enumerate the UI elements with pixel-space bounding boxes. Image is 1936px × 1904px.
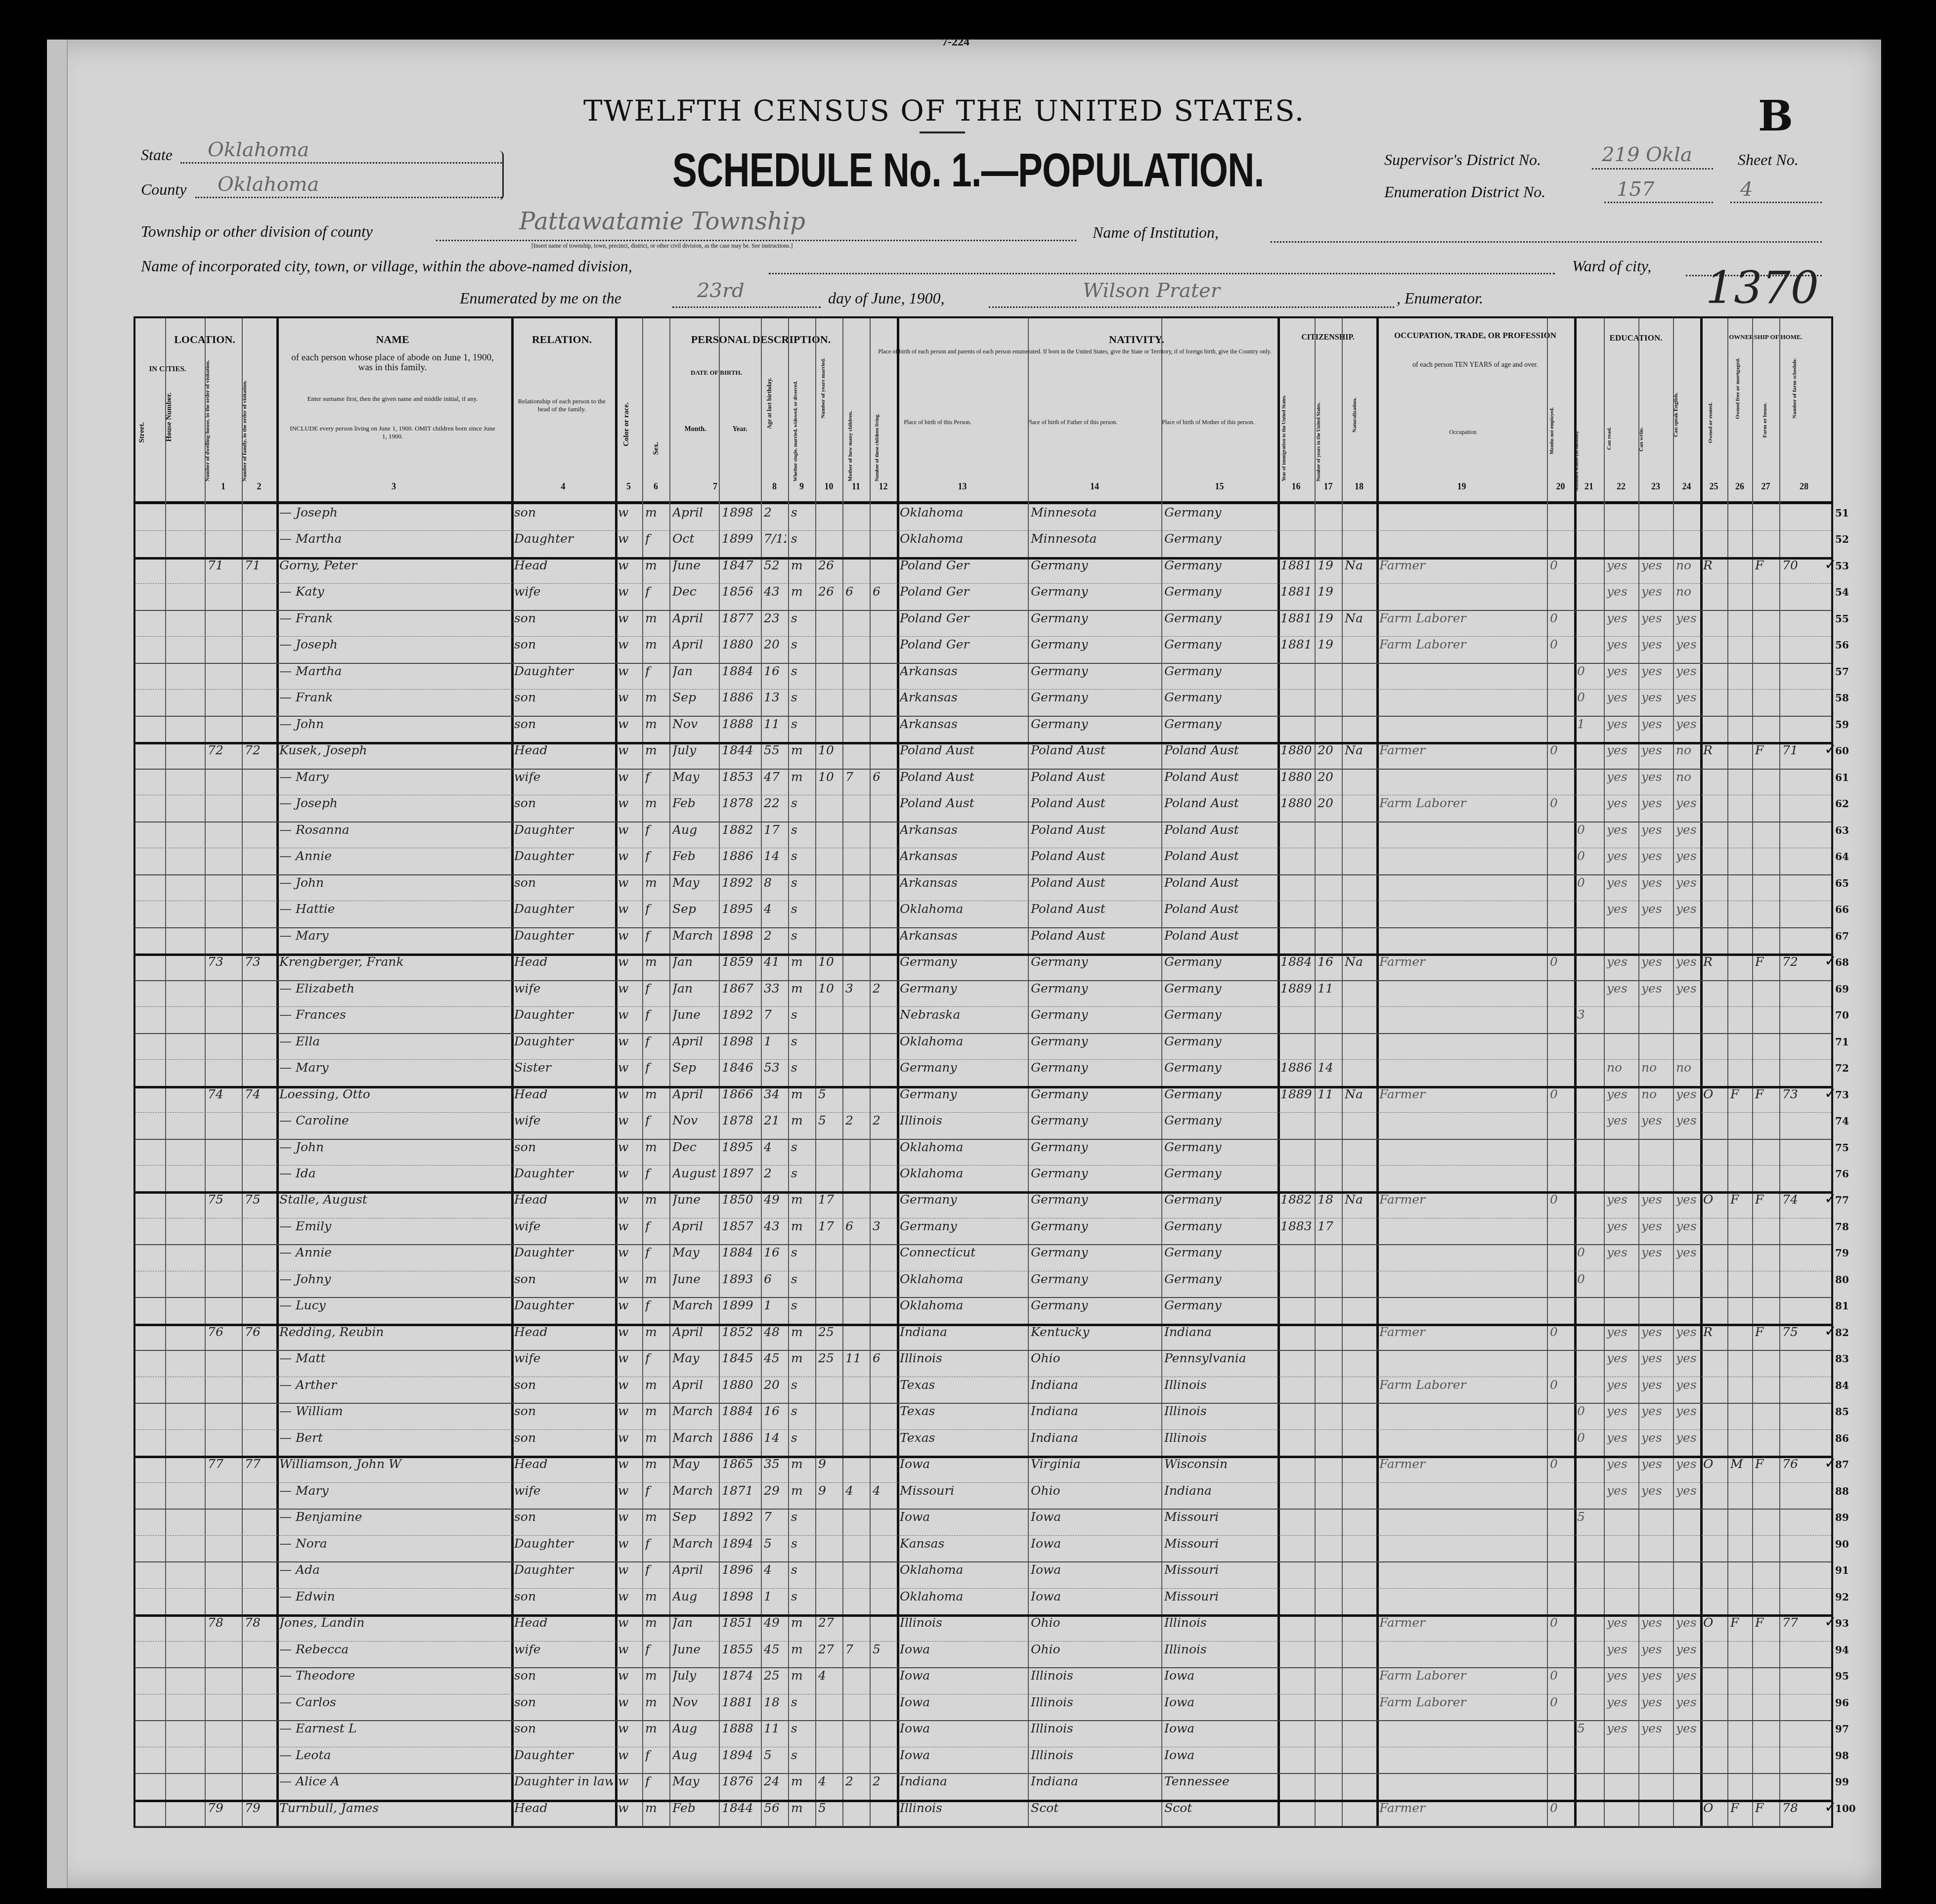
cell-age: 14 <box>764 849 786 863</box>
cell-read: yes <box>1607 875 1636 890</box>
vh-farm-schedule: Number of farm schedule. <box>1792 358 1798 419</box>
cell-read: yes <box>1607 1378 1636 1392</box>
table-row: 7272Kusek, JosephHeadwmJuly184455m10Pola… <box>135 742 1831 769</box>
cell-pob: Oklahoma <box>900 1272 1026 1286</box>
cell-month: June <box>672 558 717 572</box>
cell-color: w <box>618 1272 640 1286</box>
cell-yrs: 16 <box>1318 954 1340 969</box>
column-number: 21 <box>1574 481 1604 492</box>
supervisor-line <box>1592 168 1713 170</box>
cell-rel: Daughter <box>514 1562 613 1577</box>
line-number: 70 <box>1835 1009 1849 1021</box>
cell-sex: f <box>645 1483 667 1498</box>
cell-mar: m <box>791 1668 813 1683</box>
cell-nat: Na <box>1345 558 1374 572</box>
checkmark-icon: ✓ <box>1824 1085 1837 1102</box>
cell-mort: F <box>1730 1192 1750 1207</box>
cell-month: Aug <box>672 1721 717 1735</box>
cell-pobm: Germany <box>1164 1166 1276 1180</box>
line-number: 96 <box>1835 1697 1849 1709</box>
cell-rel: wife <box>514 1219 613 1233</box>
cell-pobm: Poland Aust <box>1164 743 1276 757</box>
relation-desc: Relationship of each person to the head … <box>516 397 608 413</box>
cell-farm: F <box>1755 1087 1777 1101</box>
cell-write: yes <box>1641 637 1671 651</box>
cell-name: — Mary <box>279 1483 509 1498</box>
cell-sex: m <box>645 611 667 625</box>
cell-age: 45 <box>764 1642 786 1656</box>
cell-sex: m <box>645 1721 667 1735</box>
census-title: TWELFTH CENSUS OF THE UNITED STATES. <box>583 94 1305 128</box>
line-number: 57 <box>1835 666 1849 678</box>
cell-pobm: Iowa <box>1164 1748 1276 1762</box>
cell-fs: 72 <box>1782 954 1827 969</box>
cell-write: yes <box>1641 1695 1671 1709</box>
cell-pobf: Germany <box>1031 1166 1159 1180</box>
cell-pob: Arkansas <box>900 690 1026 704</box>
cell-read: yes <box>1607 558 1636 572</box>
cell-eng: no <box>1676 743 1698 757</box>
cell-read: yes <box>1607 690 1636 704</box>
cell-name: — Joseph <box>279 796 509 810</box>
cell-occ: Farm Laborer <box>1379 1668 1545 1683</box>
table-row: — JohnsonwmMay18928sArkansasPoland AustP… <box>135 874 1831 901</box>
cell-sex: f <box>645 664 667 678</box>
table-row: — IdaDaughterwfAugust18972sOklahomaGerma… <box>135 1165 1831 1194</box>
table-row: — ElizabethwifewfJan186733m1032GermanyGe… <box>135 980 1831 1007</box>
cell-pobf: Minnesota <box>1031 531 1159 546</box>
line-number: 78 <box>1835 1221 1849 1233</box>
cell-name: — Frank <box>279 611 509 625</box>
cell-rel: son <box>514 796 613 810</box>
cell-age: 5 <box>764 1536 786 1551</box>
cell-year: 1894 <box>722 1748 759 1762</box>
nativity-desc: Place of birth of each person and parent… <box>872 348 1277 355</box>
cell-rel: Daughter <box>514 928 613 943</box>
cell-pobm: Illinois <box>1164 1378 1276 1392</box>
cell-write: yes <box>1641 584 1671 599</box>
cell-ym: 9 <box>818 1483 840 1498</box>
cell-ym: 5 <box>818 1801 840 1815</box>
table-row: — MarywifewfMarch187129m944MissouriOhioI… <box>135 1482 1831 1510</box>
column-number: 22 <box>1604 481 1638 492</box>
cell-own: R <box>1703 954 1725 969</box>
cell-color: w <box>618 1166 640 1180</box>
cell-imm: 1889 <box>1280 1087 1313 1101</box>
cell-fs: 76 <box>1782 1457 1827 1471</box>
cell-mo: 11 <box>845 1351 868 1365</box>
cell-write: no <box>1641 1087 1671 1101</box>
cell-pob: Arkansas <box>900 849 1026 863</box>
sheet-label: Sheet No. <box>1738 151 1799 169</box>
cell-sex: m <box>645 717 667 731</box>
group-name: NAME <box>276 333 509 346</box>
state-value: Oklahoma <box>208 138 309 161</box>
cell-age: 33 <box>764 981 786 995</box>
cell-pob: Arkansas <box>900 875 1026 890</box>
cell-year: 1880 <box>722 637 759 651</box>
cell-read: yes <box>1607 1457 1636 1471</box>
cell-rel: son <box>514 611 613 625</box>
cell-year: 1850 <box>722 1192 759 1207</box>
cell-pobf: Iowa <box>1031 1589 1159 1603</box>
cell-color: w <box>618 1774 640 1788</box>
cell-age: 16 <box>764 1245 786 1259</box>
cell-month: Dec <box>672 584 717 599</box>
cell-sch: 3 <box>1577 1007 1602 1022</box>
cell-age: 53 <box>764 1060 786 1075</box>
cell-age: 14 <box>764 1430 786 1445</box>
cell-name: — Frank <box>279 690 509 704</box>
cell-pobf: Illinois <box>1031 1668 1159 1683</box>
cell-name: — Joseph <box>279 505 509 519</box>
cell-read: yes <box>1607 954 1636 969</box>
cell-mo: 4 <box>845 1483 868 1498</box>
cell-pobf: Poland Aust <box>1031 743 1159 757</box>
state-line <box>180 162 502 164</box>
vh-naturalization: Naturalization. <box>1352 397 1358 433</box>
cell-year: 1892 <box>722 1007 759 1022</box>
vh-read: Can read. <box>1606 427 1612 450</box>
cell-sex: m <box>645 558 667 572</box>
cell-pob: Oklahoma <box>900 1589 1026 1603</box>
cell-imm: 1881 <box>1280 584 1313 599</box>
cell-age: 20 <box>764 1378 786 1392</box>
cell-mar: s <box>791 1510 813 1524</box>
cell-color: w <box>618 1642 640 1656</box>
cell-name: — Hattie <box>279 902 509 916</box>
cell-sex: m <box>645 1510 667 1524</box>
cell-color: w <box>618 875 640 890</box>
cell-unemp: 0 <box>1550 743 1572 757</box>
cell-month: March <box>672 1430 717 1445</box>
cell-eng: yes <box>1676 1404 1698 1418</box>
cell-rel: son <box>514 637 613 651</box>
cell-year: 1876 <box>722 1774 759 1788</box>
cell-eng: yes <box>1676 1695 1698 1709</box>
cell-pobf: Germany <box>1031 1113 1159 1127</box>
cell-sch: 0 <box>1577 1272 1602 1286</box>
line-number: 66 <box>1835 904 1849 915</box>
cell-year: 1855 <box>722 1642 759 1656</box>
cell-month: Nov <box>672 717 717 731</box>
cell-color: w <box>618 1219 640 1233</box>
table-row: — BertsonwmMarch188614sTexasIndianaIllin… <box>135 1429 1831 1458</box>
cell-sex: f <box>645 1642 667 1656</box>
cell-read: yes <box>1607 637 1636 651</box>
line-number: 61 <box>1835 772 1849 783</box>
form-stamp: 7-224 <box>942 36 969 49</box>
cell-eng: yes <box>1676 1378 1698 1392</box>
cell-farm: F <box>1755 954 1777 969</box>
cell-pobf: Poland Aust <box>1031 770 1159 784</box>
cell-read: yes <box>1607 1615 1636 1630</box>
cell-pob: Illinois <box>900 1351 1026 1365</box>
cell-pobf: Germany <box>1031 1298 1159 1312</box>
table-row: — MarthaDaughterwfJan188416sArkansasGerm… <box>135 663 1831 690</box>
table-row: — ArthersonwmApril188020sTexasIndianaIll… <box>135 1377 1831 1404</box>
cell-age: 55 <box>764 743 786 757</box>
cell-pobf: Germany <box>1031 717 1159 731</box>
cell-sch: 0 <box>1577 1430 1602 1445</box>
cell-fam: 76 <box>245 1325 274 1339</box>
cell-name: — Mary <box>279 1060 509 1075</box>
cell-eng: yes <box>1676 902 1698 916</box>
cell-name: — Rosanna <box>279 822 509 837</box>
cell-imm: 1880 <box>1280 770 1313 784</box>
cell-age: 4 <box>764 1562 786 1577</box>
cell-read: yes <box>1607 1325 1636 1339</box>
vh-immigration: Year of immigration to the United States… <box>1281 358 1287 481</box>
cell-pobf: Germany <box>1031 664 1159 678</box>
table-row: — LeotaDaughterwfAug18945sIowaIllinoisIo… <box>135 1747 1831 1774</box>
township-value: Pattawatamie Township <box>519 208 805 235</box>
cell-sex: f <box>645 1219 667 1233</box>
vh-age: Age at last birthday. <box>766 378 773 429</box>
cell-yrs: 19 <box>1318 558 1340 572</box>
cell-fam: 78 <box>245 1615 274 1630</box>
vh-years-married: Number of years married. <box>820 358 826 419</box>
cell-sex: f <box>645 1748 667 1762</box>
cell-month: April <box>672 1034 717 1048</box>
cell-mar: s <box>791 1166 813 1180</box>
cell-mar: s <box>791 505 813 519</box>
cell-year: 1847 <box>722 558 759 572</box>
cell-month: April <box>672 637 717 651</box>
cell-color: w <box>618 1589 640 1603</box>
cell-rel: Daughter <box>514 1536 613 1551</box>
cell-name: — Johny <box>279 1272 509 1286</box>
cell-year: 1898 <box>722 928 759 943</box>
vh-mortgage: Owned free or mortgaged. <box>1735 358 1741 419</box>
cell-year: 1880 <box>722 1378 759 1392</box>
cell-fam: 75 <box>245 1192 274 1207</box>
cell-mar: m <box>791 1457 813 1471</box>
column-number: 15 <box>1161 481 1277 492</box>
cell-sex: m <box>645 1430 667 1445</box>
cell-sch: 0 <box>1577 875 1602 890</box>
cell-rel: Daughter <box>514 531 613 546</box>
cell-mar: m <box>791 981 813 995</box>
cell-rel: son <box>514 1695 613 1709</box>
cell-pob: Poland Ger <box>900 558 1026 572</box>
cell-pobf: Indiana <box>1031 1774 1159 1788</box>
cell-age: 21 <box>764 1113 786 1127</box>
line-number: 85 <box>1835 1406 1849 1418</box>
cell-imm: 1880 <box>1280 743 1313 757</box>
cell-unemp: 0 <box>1550 611 1572 625</box>
table-row: — KatywifewfDec185643m2666Poland GerGerm… <box>135 583 1831 610</box>
cell-sch: 5 <box>1577 1510 1602 1524</box>
cell-year: 1895 <box>722 1140 759 1154</box>
cell-rel: Head <box>514 558 613 572</box>
cell-imm: 1881 <box>1280 611 1313 625</box>
cell-eng: yes <box>1676 717 1698 731</box>
cell-color: w <box>618 1457 640 1471</box>
cell-mar: s <box>791 1721 813 1735</box>
cell-name: Jones, Landin <box>279 1615 509 1630</box>
supervisor-value: 219 Okla <box>1602 143 1692 166</box>
column-number: 1 <box>205 481 242 492</box>
enumerated-day-line <box>672 306 821 308</box>
cell-pob: Illinois <box>900 1113 1026 1127</box>
cell-year: 1884 <box>722 664 759 678</box>
cell-pob: Oklahoma <box>900 1140 1026 1154</box>
cell-sch: 0 <box>1577 822 1602 837</box>
cell-color: w <box>618 1430 640 1445</box>
cell-write: yes <box>1641 954 1671 969</box>
cell-year: 1899 <box>722 1298 759 1312</box>
cell-pobm: Missouri <box>1164 1562 1276 1577</box>
cell-write: yes <box>1641 1457 1671 1471</box>
cell-age: 48 <box>764 1325 786 1339</box>
cell-fam: 73 <box>245 954 274 969</box>
cell-mo: 7 <box>845 770 868 784</box>
enum-district-value: 157 <box>1617 178 1654 201</box>
cell-own: O <box>1703 1801 1725 1815</box>
enumerated-day: 23rd <box>697 279 745 302</box>
column-number: 9 <box>788 481 815 492</box>
cell-pobm: Indiana <box>1164 1325 1276 1339</box>
cell-ym: 9 <box>818 1457 840 1471</box>
cell-pobm: Germany <box>1164 1060 1276 1075</box>
cell-pob: Texas <box>900 1378 1026 1392</box>
table-row: 7575Stalle, AugustHeadwmJune185049m17Ger… <box>135 1191 1831 1218</box>
table-row: — FranksonwmApril187723sPoland GerGerman… <box>135 610 1831 637</box>
cell-own: O <box>1703 1457 1725 1471</box>
cell-name: — Ida <box>279 1166 509 1180</box>
cell-unemp: 0 <box>1550 1192 1572 1207</box>
cell-name: Gorny, Peter <box>279 558 509 572</box>
cell-rel: Daughter <box>514 1748 613 1762</box>
cell-eng: no <box>1676 558 1698 572</box>
cell-pobm: Illinois <box>1164 1615 1276 1630</box>
vh-street: Street. <box>138 422 146 443</box>
cell-pobm: Germany <box>1164 1272 1276 1286</box>
cell-year: 1845 <box>722 1351 759 1365</box>
cell-age: 43 <box>764 1219 786 1233</box>
cell-mar: m <box>791 1615 813 1630</box>
cell-pobf: Iowa <box>1031 1510 1159 1524</box>
cell-name: — Joseph <box>279 637 509 651</box>
cell-pob: Missouri <box>900 1483 1026 1498</box>
cell-age: 16 <box>764 1404 786 1418</box>
state-label: State <box>141 146 173 164</box>
cell-year: 1886 <box>722 1430 759 1445</box>
cell-month: May <box>672 875 717 890</box>
cell-rel: son <box>514 1510 613 1524</box>
line-number: 93 <box>1835 1617 1849 1629</box>
cell-imm: 1886 <box>1280 1060 1313 1075</box>
cell-color: w <box>618 1140 640 1154</box>
cell-name: — John <box>279 1140 509 1154</box>
cell-month: Aug <box>672 1748 717 1762</box>
cell-write: yes <box>1641 1245 1671 1259</box>
cell-sex: f <box>645 902 667 916</box>
cell-pobm: Germany <box>1164 954 1276 969</box>
cell-write: yes <box>1641 1113 1671 1127</box>
line-number: 59 <box>1835 719 1849 731</box>
cell-mo: 6 <box>845 584 868 599</box>
cell-pobf: Germany <box>1031 1140 1159 1154</box>
table-row: 7979Turnbull, JamesHeadwmFeb184456m5Illi… <box>135 1800 1831 1827</box>
cell-age: 4 <box>764 902 786 916</box>
cell-pobf: Germany <box>1031 1272 1159 1286</box>
cell-rel: Daughter <box>514 849 613 863</box>
occupation-sub-label: Occupation <box>1379 427 1547 437</box>
cell-pobf: Germany <box>1031 954 1159 969</box>
cell-dw: 77 <box>208 1457 240 1471</box>
cell-write: yes <box>1641 770 1671 784</box>
cell-read: yes <box>1607 1087 1636 1101</box>
line-number: 68 <box>1835 956 1849 968</box>
township-line <box>436 240 1076 241</box>
cell-pob: Iowa <box>900 1668 1026 1683</box>
cell-imm: 1882 <box>1280 1192 1313 1207</box>
cell-month: March <box>672 1536 717 1551</box>
cell-year: 1899 <box>722 531 759 546</box>
cell-pobm: Poland Aust <box>1164 902 1276 916</box>
cell-mort: F <box>1730 1087 1750 1101</box>
cell-write: yes <box>1641 1642 1671 1656</box>
cell-fs: 71 <box>1782 743 1827 757</box>
cell-rel: Daughter <box>514 1007 613 1022</box>
line-number: 60 <box>1835 745 1849 757</box>
enum-district-label: Enumeration District No. <box>1384 183 1545 201</box>
column-number: 19 <box>1376 481 1547 492</box>
cell-sex: m <box>645 1457 667 1471</box>
cell-pob: Poland Ger <box>900 611 1026 625</box>
cell-mar: m <box>791 1801 813 1815</box>
cell-rel: son <box>514 1378 613 1392</box>
cell-pobm: Illinois <box>1164 1404 1276 1418</box>
cell-eng: yes <box>1676 1351 1698 1365</box>
cell-pob: Iowa <box>900 1510 1026 1524</box>
cell-mort: F <box>1730 1801 1750 1815</box>
cell-occ: Farmer <box>1379 954 1545 969</box>
cell-age: 1 <box>764 1589 786 1603</box>
cell-pobm: Germany <box>1164 1219 1276 1233</box>
cell-color: w <box>618 743 640 757</box>
cell-pob: Oklahoma <box>900 1166 1026 1180</box>
cell-name: Williamson, John W <box>279 1457 509 1471</box>
cell-read: yes <box>1607 1642 1636 1656</box>
table-row: 7676Redding, ReubinHeadwmApril185248m25I… <box>135 1324 1831 1351</box>
cell-read: yes <box>1607 849 1636 863</box>
table-row: — JohnysonwmJune18936sOklahomaGermanyGer… <box>135 1271 1831 1298</box>
cell-color: w <box>618 505 640 519</box>
cell-imm: 1883 <box>1280 1219 1313 1233</box>
cell-color: w <box>618 637 640 651</box>
cell-year: 1884 <box>722 1404 759 1418</box>
cell-age: 17 <box>764 822 786 837</box>
cell-dw: 72 <box>208 743 240 757</box>
cell-write: yes <box>1641 664 1671 678</box>
cell-eng: yes <box>1676 954 1698 969</box>
cell-pob: Texas <box>900 1430 1026 1445</box>
cell-pobm: Germany <box>1164 1034 1276 1048</box>
cell-read: yes <box>1607 1695 1636 1709</box>
cell-sch: 0 <box>1577 690 1602 704</box>
cell-name: — Ella <box>279 1034 509 1048</box>
cell-farm: F <box>1755 558 1777 572</box>
cell-read: yes <box>1607 1113 1636 1127</box>
checkmark-icon: ✓ <box>1824 1799 1837 1816</box>
column-number: 6 <box>642 481 669 492</box>
cell-age: 49 <box>764 1615 786 1630</box>
table-row: — TheodoresonwmJuly187425m4IowaIllinoisI… <box>135 1667 1831 1694</box>
cell-name: Kusek, Joseph <box>279 743 509 757</box>
